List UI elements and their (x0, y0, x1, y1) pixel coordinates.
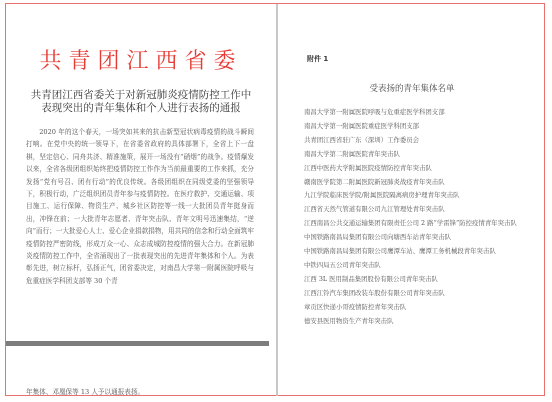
group-list: 南昌大学第一附属医院呼吸与危重症医学科团支部 南昌大学第一附属医院重症医学科团支… (288, 106, 533, 329)
right-page: 附件 1 受表扬的青年集体名单 南昌大学第一附属医院呼吸与危重症医学科团支部 南… (278, 4, 546, 396)
list-item: 江西 3L 医用制品集团股份有限公司青年突击队 (288, 273, 533, 287)
list-item: 德安县医用物资生产青年突击队 (288, 315, 533, 329)
list-item: 南昌大学第一附属医院重症医学科团支部 (288, 120, 533, 134)
body-paragraph: 2020 年的这个春天，一场突如其来的抗击新型冠状病毒疫情的战斗瞬间打响。在党中… (26, 126, 254, 287)
list-item: 南昌大学第一附属医院呼吸与危重症医学科团支部 (288, 106, 533, 120)
list-item: 共青团江西省驻广东（深圳）工作委员会 (288, 134, 533, 148)
list-item: 九江学院临床医学院/附属医院隔离病房护理青年突击队 (288, 189, 533, 203)
list-item: 中铁四局五公司青年突击队 (288, 259, 533, 273)
list-item: 江西南昌公共交通运输集团有限责任公司 2 路“学雷锋”防控疫情青年突击队 (288, 217, 533, 231)
list-item: 中国铁路南昌局集团有限公司向塘西车站青年突击队 (288, 231, 533, 245)
heading-line-2: 表现突出的青年集体和个人进行表扬的通报 (6, 102, 276, 115)
list-item: 章贡区快递小哥疫情防控青年突击队 (288, 301, 533, 315)
list-item: 赣南医学院第二附属医院新冠肺炎战疫青年突击队 (288, 176, 533, 190)
list-item: 南昌大学第二附属医院青年突击队 (288, 148, 533, 162)
red-header-title: 共青团江西省委 (6, 44, 276, 75)
heading-line-1: 共青团江西省委关于对新冠肺炎疫情防控工作中 (6, 89, 276, 102)
list-item: 江西中医药大学附属医院疫情防控青年突击队 (288, 162, 533, 176)
left-page: 共青团江西省委 共青团江西省委关于对新冠肺炎疫情防控工作中 表现突出的青年集体和… (6, 4, 276, 396)
page-break-bar (6, 341, 269, 346)
body-text: 2020 年的这个春天，一场突如其来的抗击新型冠状病毒疫情的战斗瞬间打响。在党中… (26, 126, 254, 287)
list-item: 江西省天然气管道有限公司九江管理处青年突击队 (288, 203, 533, 217)
list-item: 中国铁路南昌局集团有限公司鹰潭车站、鹰潭工务机械段青年突击队 (288, 245, 533, 259)
body-continuation: 年集体、邓凰保等 13 人予以通报表扬。 (26, 387, 254, 397)
list-item: 江西江铃汽车集团改装车股份有限公司青年突击队 (288, 287, 533, 301)
annex-label: 附件 1 (307, 54, 328, 64)
document-heading: 共青团江西省委关于对新冠肺炎疫情防控工作中 表现突出的青年集体和个人进行表扬的通… (6, 89, 276, 115)
list-title: 受表扬的青年集体名单 (278, 82, 546, 94)
